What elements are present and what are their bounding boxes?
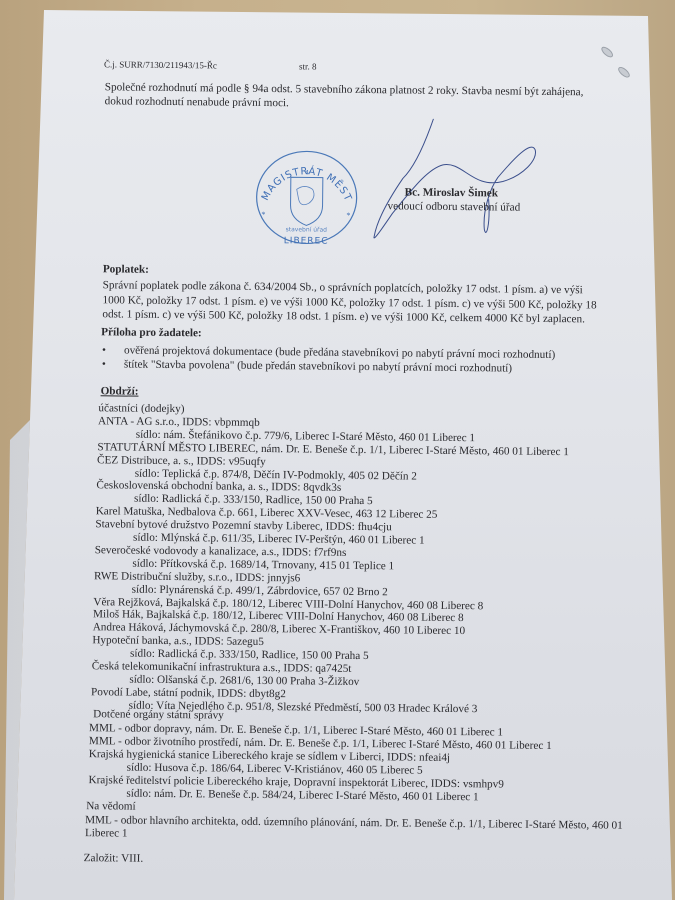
attachment-heading: Příloha pro žadatele: (101, 326, 202, 340)
reference-number: Č.j. SURR/7130/211943/15-Řc (104, 58, 217, 72)
stamp-middle-text: stavební úřad (286, 226, 328, 233)
official-stamp: MAGISTRÁT MĚSTA 4 stavební úřad LIBEREC … (252, 145, 361, 246)
attachment-list: •ověřená projektová dokumentace (bude př… (5, 0, 675, 3)
staple-mark-icon (616, 65, 631, 79)
recipients-list: účastníci (dodejky)ANTA - AG s.r.o., IDD… (5, 0, 675, 3)
recipient-line: účastníci (dodejky) (98, 402, 184, 416)
attachment-item: štítek "Stavba povolena" (bude předán st… (124, 359, 512, 376)
authority-line: sídlo: nám. Dr. E. Beneše č.p. 584/24, L… (126, 788, 478, 805)
recipient-line: ČEZ Distribuce, a. s., IDDS: v95uqfy (97, 454, 266, 469)
svg-text:*: * (346, 211, 350, 220)
fee-heading: Poplatek: (103, 263, 149, 276)
stamp-bottom-text: LIBEREC (284, 236, 329, 246)
recipient-line: Hypoteční banka, a.s., IDDS: 5azegu5 (92, 634, 264, 649)
stamp-number: 4 (305, 169, 309, 176)
authorities-list: MML - odbor dopravy, nám. Dr. E. Beneše … (5, 0, 675, 3)
recipients-heading: Obdrží: (101, 385, 139, 398)
filing-note: Založit: VIII. (84, 852, 144, 866)
authorities-heading: Dotčené orgány státní správy (93, 708, 224, 722)
fee-text: Správní poplatek podle zákona č. 634/200… (5, 0, 675, 3)
notice-heading: Na vědomí (86, 800, 136, 814)
intro-line: dokud rozhodnutí nenabude právní moci. (105, 95, 289, 110)
svg-text:MAGISTRÁT MĚSTA: MAGISTRÁT MĚSTA (252, 145, 354, 204)
svg-text:*: * (261, 210, 265, 219)
recipient-line: ANTA - AG s.r.o., IDDS: vbpmmqb (98, 415, 260, 430)
stamp-top-text: MAGISTRÁT MĚSTA (252, 145, 354, 204)
notice-line: MML - odbor hlavního architekta, odd. úz… (85, 814, 623, 833)
notice-list: MML - odbor hlavního architekta, odd. úz… (5, 0, 675, 3)
bullet-icon: • (102, 358, 106, 371)
staple-mark-icon (600, 45, 615, 59)
recipient-line: Povodí Labe, státní podnik, IDDS: dbyt8g… (91, 686, 286, 701)
recipient-line: RWE Distribuční služby, s.r.o., IDDS: jn… (94, 570, 300, 585)
notice-line: Liberec 1 (85, 827, 128, 840)
page-number: str. 8 (299, 60, 317, 73)
document-content: Č.j. SURR/7130/211943/15-Řc str. 8 Spole… (0, 0, 675, 900)
signatory-title: vedoucí odboru stavební úřad (387, 200, 520, 214)
bullet-icon: • (102, 344, 106, 357)
signatory-name: Bc. Miroslav Šimek (405, 186, 498, 200)
